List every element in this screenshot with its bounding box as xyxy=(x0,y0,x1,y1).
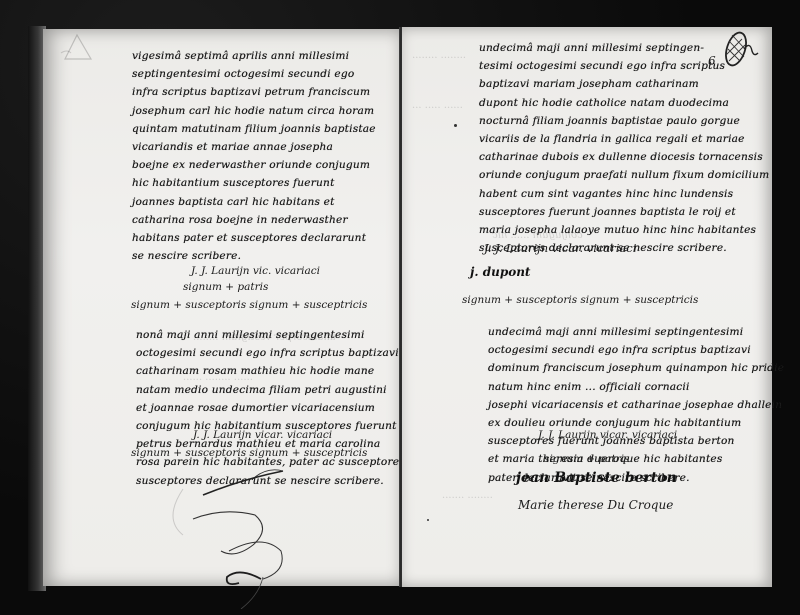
text-line: josephum carl hic hodie natum circa hora… xyxy=(132,102,376,120)
text-line: natam medio undecima filiam petri august… xyxy=(136,381,405,399)
text-line: catharinam rosam mathieu hic hodie mane xyxy=(136,362,405,380)
text-line: nonâ maji anni millesimi septingentesimi xyxy=(136,326,405,344)
vicar-signature: J. J. Laurijn vicar. vicariaci xyxy=(484,241,636,255)
paraph-flourish-icon xyxy=(163,459,303,609)
bleed-through-text: ........ ....... xyxy=(442,487,493,505)
text-line: baptizavi mariam josepham catharinam xyxy=(479,75,769,93)
corner-smudge-icon xyxy=(55,33,95,65)
text-line: vicariis de la flandria in gallica regal… xyxy=(479,130,769,148)
text-line: undecimâ maji anni millesimi septingente… xyxy=(488,323,784,341)
ink-speck xyxy=(427,519,429,521)
godfather-signature: jean Baptiste berton xyxy=(516,470,677,486)
text-line: tesimi octogesimi secundi ego infra scri… xyxy=(479,57,769,75)
text-line: octogesimi secundi ego infra scriptus ba… xyxy=(488,341,784,359)
entry-1-text: vigesimâ septimâ aprilis anni millesimi … xyxy=(132,47,376,265)
text-line: catharina rosa boejne in nederwasther xyxy=(132,211,376,229)
text-line: nocturnâ filiam joannis baptistae paulo … xyxy=(479,112,769,130)
entry-1-text: undecimâ maji anni millesimi septingen- … xyxy=(479,39,769,257)
signum-patris: signum + patris xyxy=(183,281,268,293)
text-line: oriunde conjugum praefati nullum fixum d… xyxy=(479,166,769,184)
right-page: ........ ........ ...... ..... ... conju… xyxy=(402,27,772,587)
text-line: et joannae rosae dumortier vicariacensiu… xyxy=(136,399,405,417)
text-line: catharinae dubois ex dullenne diocesis t… xyxy=(479,148,769,166)
text-line: boejne ex nederwasther oriunde conjugum xyxy=(132,156,376,174)
text-line: joannes baptista carl hic habitans et xyxy=(132,193,376,211)
text-line: hic habitantium susceptores fuerunt xyxy=(132,174,376,192)
text-line: infra scriptus baptizavi petrum francisc… xyxy=(132,83,376,101)
vicar-signature: J. J. Laurijn vicar. vicariaci xyxy=(193,429,332,441)
signum-patris: signum + patris xyxy=(544,453,629,465)
text-line: dupont hic hodie catholice natam duodeci… xyxy=(479,94,769,112)
text-line: natum hinc enim ... officiali cornacii xyxy=(488,378,784,396)
text-line: octogesimi secundi ego infra scriptus ba… xyxy=(136,344,405,362)
left-page: ullamcorper vestigium ........ ...... ..… xyxy=(43,29,399,586)
text-line: se nescire scribere. xyxy=(132,247,376,265)
bleed-through-text: ........ ........ xyxy=(412,47,466,65)
text-line: undecimâ maji anni millesimi septingen- xyxy=(479,39,769,57)
text-line: septingentesimi octogesimi secundi ego xyxy=(132,65,376,83)
ink-speck xyxy=(454,124,457,127)
signum-susceptorum: signum + susceptoris signum + susceptric… xyxy=(462,294,698,306)
signum-susceptorum: signum + susceptoris signum + susceptric… xyxy=(131,447,367,459)
text-line: habitans pater et susceptores declararun… xyxy=(132,229,376,247)
text-line: vigesimâ septimâ aprilis anni millesimi xyxy=(132,47,376,65)
bleed-through-text: ...... ..... ... xyxy=(412,97,463,115)
text-line: josephi vicariacensis et catharinae jose… xyxy=(488,396,784,414)
text-line: maria josepha lalaoye mutuo hinc hinc ha… xyxy=(479,221,769,239)
witness-signature-dupont: j. dupont xyxy=(470,265,530,279)
entry-2-text: undecimâ maji anni millesimi septingente… xyxy=(488,323,784,487)
vicar-signature: J. J. Laurijn vic. vicariaci xyxy=(191,265,320,277)
text-line: et maria theresia dueroque hic habitante… xyxy=(488,450,784,468)
vicar-signature: J. J. Laurijn vicar. vicariaci xyxy=(538,429,677,441)
text-line: dominum franciscum josephum quinampon hi… xyxy=(488,359,784,377)
text-line: habent cum sint vagantes hinc hinc lunde… xyxy=(479,185,769,203)
godmother-signature: Marie therese Du Croque xyxy=(518,498,673,512)
signum-susceptorum: signum + susceptoris signum + susceptric… xyxy=(131,299,367,311)
text-line: quintam matutinam filium joannis baptist… xyxy=(132,120,376,138)
text-line: vicariandis et mariae annae josepha xyxy=(132,138,376,156)
text-line: susceptores fuerunt joannes baptista le … xyxy=(479,203,769,221)
